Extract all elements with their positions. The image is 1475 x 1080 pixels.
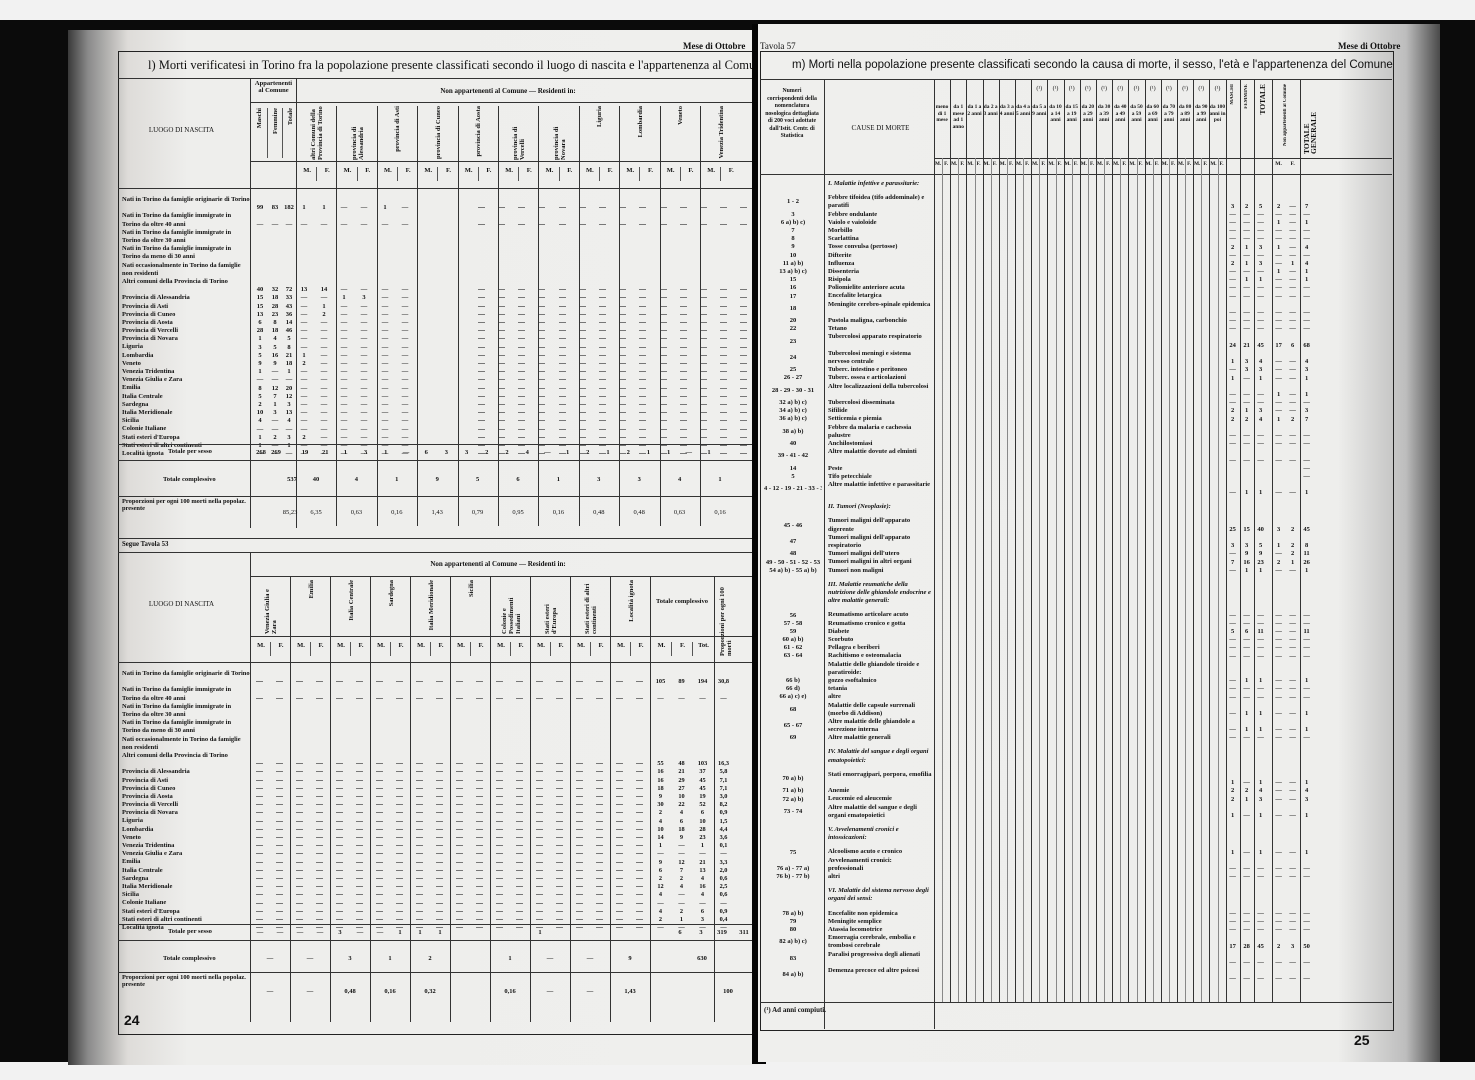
row-total-value: 3	[692, 916, 713, 924]
summary-value-gen: 1	[1300, 375, 1314, 383]
empty-cell-dash	[456, 796, 463, 797]
cell-value: 2	[297, 360, 311, 368]
empty-cell-dash	[416, 796, 423, 797]
empty-cell-dash	[720, 445, 727, 446]
summary-value-na_f	[1286, 473, 1300, 481]
bottom-row-label: Provincia di Cuneo	[122, 785, 250, 793]
empty-cell-dash	[639, 347, 646, 348]
empty-cell-dash	[396, 845, 403, 846]
empty-cell-dash	[579, 322, 586, 323]
proporzione-value: 0,79	[466, 509, 490, 517]
empty-cell-dash	[316, 845, 323, 846]
nomenclature-number: 7	[764, 227, 822, 235]
empty-cell-dash	[496, 837, 503, 838]
age-col-11: da 40 a 49 anni	[1112, 104, 1128, 144]
cell-value: —	[253, 376, 267, 384]
proporzione-value: 0,48	[627, 509, 651, 517]
empty-cell-dash	[639, 429, 646, 430]
empty-cell-dash	[556, 780, 563, 781]
summary-value-na_m: —	[1272, 309, 1286, 317]
summary-value-m: —	[1226, 227, 1240, 235]
empty-cell-dash	[376, 870, 383, 871]
empty-cell-dash	[476, 771, 483, 772]
summary-value-na_f: —	[1286, 276, 1300, 284]
cell-value: —	[398, 327, 412, 335]
cause-item: gozzo esoftalmico	[828, 677, 932, 685]
empty-cell-dash	[376, 886, 383, 887]
bottom-total-per-sesso-value: —	[270, 929, 290, 937]
summary-value-na_f: —	[1286, 293, 1300, 301]
summary-value-na_f	[1286, 465, 1300, 473]
empty-cell-dash	[296, 771, 303, 772]
summary-value-na_f: —	[1286, 325, 1300, 333]
nomenclature-number: 70 a) b)	[764, 775, 822, 783]
empty-cell-dash	[740, 289, 747, 290]
empty-cell-dash	[496, 796, 503, 797]
summary-value-na_m: —	[1272, 567, 1286, 575]
empty-cell-dash	[376, 771, 383, 772]
empty-cell-dash	[680, 306, 687, 307]
empty-cell-dash	[356, 886, 363, 887]
summary-value-m: 25	[1226, 526, 1240, 534]
summary-value-gen: 3	[1300, 407, 1314, 415]
empty-cell-dash	[576, 911, 583, 912]
summary-value-gen: 1	[1300, 812, 1314, 820]
row-total-value	[713, 727, 734, 735]
empty-cell-dash	[579, 371, 586, 372]
left-page-number: 24	[124, 1012, 140, 1028]
empty-cell-dash	[616, 919, 623, 920]
empty-cell-dash	[559, 437, 566, 438]
row-total-value: 194	[692, 678, 713, 686]
empty-cell-dash	[599, 289, 606, 290]
nomenclature-number: 59	[764, 628, 822, 636]
empty-cell-dash	[376, 878, 383, 879]
empty-cell-dash	[596, 771, 603, 772]
summary-value-m: —	[1226, 550, 1240, 558]
cause-item: Diabete	[828, 628, 932, 636]
summary-value-tot	[1254, 465, 1268, 473]
summary-value-na_f: —	[1286, 644, 1300, 652]
row-total-value: 0,9	[713, 908, 734, 916]
empty-cell-dash	[296, 788, 303, 789]
sex-col-label: M.	[538, 167, 559, 181]
cell-value: —	[297, 393, 311, 401]
cause-item: Difterite	[828, 252, 932, 260]
empty-cell-dash	[556, 894, 563, 895]
cell-value: —	[357, 319, 371, 327]
empty-cell-dash	[619, 338, 626, 339]
summary-value-tot: 4	[1254, 416, 1268, 424]
sex-col-label: M.	[1112, 161, 1120, 173]
empty-cell-dash	[356, 845, 363, 846]
empty-cell-dash	[740, 445, 747, 446]
col-maschi: Maschi	[252, 108, 266, 158]
empty-cell-dash	[518, 412, 525, 413]
empty-cell-dash	[596, 812, 603, 813]
empty-cell-dash	[376, 853, 383, 854]
empty-cell-dash	[396, 911, 403, 912]
cell-value: 13	[282, 409, 296, 417]
cause-item: Anemie	[828, 787, 932, 795]
cell-value: 32	[268, 286, 282, 294]
empty-cell-dash	[700, 322, 707, 323]
sex-col-label: F.	[1218, 161, 1226, 173]
summary-value-na_m: 2	[1272, 203, 1286, 211]
summary-value-gen: 11	[1300, 550, 1314, 558]
summary-value-na_f: —	[1286, 489, 1300, 497]
empty-cell-dash	[639, 396, 646, 397]
cell-value: —	[337, 434, 351, 442]
empty-cell-dash	[478, 396, 485, 397]
cause-item: Encefalite letargica	[828, 292, 932, 300]
empty-cell-dash	[456, 886, 463, 887]
summary-value-na_f: —	[1286, 399, 1300, 407]
row-total-value: 1	[692, 842, 713, 850]
empty-cell-dash	[496, 829, 503, 830]
cell-value	[317, 253, 331, 261]
empty-cell-dash	[556, 821, 563, 822]
row-total-value: 30,8	[713, 678, 734, 686]
nomenclature-number: 32 a) b) c)	[764, 399, 822, 407]
sex-col-label: F.	[437, 167, 458, 181]
empty-cell-dash	[496, 845, 503, 846]
empty-cell-dash	[559, 306, 566, 307]
row-total-value: —	[650, 850, 671, 858]
row-total-value: 10	[692, 818, 713, 826]
sex-col-label: F.	[510, 642, 531, 656]
empty-cell-dash	[636, 837, 643, 838]
empty-cell-dash	[276, 870, 283, 871]
cell-value: 18	[268, 327, 282, 335]
row-total-value: —	[692, 850, 713, 858]
summary-value-na_f: —	[1286, 653, 1300, 661]
empty-cell-dash	[356, 837, 363, 838]
empty-cell-dash	[700, 412, 707, 413]
summary-value-m: —	[1226, 653, 1240, 661]
empty-cell-dash	[256, 804, 263, 805]
bottom-row-label: Stati esteri di altri continenti	[122, 916, 250, 924]
empty-cell-dash	[296, 812, 303, 813]
bottom-row-label: Lombardia	[122, 826, 250, 834]
nomenclature-number: 80	[764, 926, 822, 934]
summary-value-na_f	[1286, 669, 1300, 677]
empty-cell-dash	[616, 681, 623, 682]
bottom-totale-complessivo-label: Totale complessivo	[163, 955, 216, 962]
bottom-total-per-sesso-value	[630, 929, 650, 937]
summary-value-na_f: —	[1286, 628, 1300, 636]
summary-value-gen: —	[1300, 440, 1314, 448]
age-footnote-marker: (¹)	[1080, 86, 1096, 94]
empty-cell-dash	[518, 371, 525, 372]
cause-item: Dissenteria	[828, 268, 932, 276]
cell-value	[317, 237, 331, 245]
top-row-label: Venezia Tridentina	[122, 368, 250, 376]
summary-col-4: TOTALE GENERALE	[1300, 84, 1320, 154]
empty-cell-dash	[556, 903, 563, 904]
summary-value-tot: 9	[1254, 550, 1268, 558]
cell-value: 13	[297, 286, 311, 294]
summary-value-na_m: —	[1272, 432, 1286, 440]
sex-col-label: M.	[1096, 161, 1104, 173]
empty-cell-dash	[296, 862, 303, 863]
summary-value-m: —	[1226, 918, 1240, 926]
nomenclature-number: 75	[764, 849, 822, 857]
empty-cell-dash	[700, 371, 707, 372]
empty-cell-dash	[296, 821, 303, 822]
empty-cell-dash	[396, 837, 403, 838]
empty-cell-dash	[436, 837, 443, 838]
empty-cell-dash	[396, 919, 403, 920]
summary-value-tot: 1	[1254, 849, 1268, 857]
cause-item: Tifo petecchiale	[828, 473, 932, 481]
empty-cell-dash	[680, 429, 687, 430]
empty-cell-dash	[396, 698, 403, 699]
empty-cell-dash	[476, 903, 483, 904]
empty-cell-dash	[356, 829, 363, 830]
empty-cell-dash	[518, 355, 525, 356]
cell-value: —	[297, 385, 311, 393]
summary-value-gen: —	[1300, 644, 1314, 652]
cell-value	[282, 270, 296, 278]
empty-cell-dash	[416, 911, 423, 912]
empty-cell-dash	[276, 796, 283, 797]
summary-value-f: 1	[1240, 407, 1254, 415]
row-total-value: 14	[650, 834, 671, 842]
empty-cell-dash	[619, 306, 626, 307]
empty-cell-dash	[296, 870, 303, 871]
empty-cell-dash	[376, 763, 383, 764]
nomenclature-number: 68	[764, 706, 822, 714]
summary-value-na_f: —	[1286, 358, 1300, 366]
summary-value-gen: 4	[1300, 260, 1314, 268]
age-footnote-marker: (¹)	[1145, 86, 1161, 94]
empty-cell-dash	[720, 429, 727, 430]
empty-cell-dash	[599, 388, 606, 389]
nomenclature-number: 5	[764, 473, 822, 481]
empty-cell-dash	[616, 698, 623, 699]
empty-cell-dash	[498, 347, 505, 348]
empty-cell-dash	[416, 812, 423, 813]
row-total-value: 3,0	[713, 793, 734, 801]
bottom-proporzione-value	[458, 988, 482, 996]
cell-value: 5	[253, 393, 267, 401]
empty-cell-dash	[518, 347, 525, 348]
empty-cell-dash	[559, 420, 566, 421]
empty-cell-dash	[660, 445, 667, 446]
bottom-row-label: Stati esteri d'Europa	[122, 908, 250, 916]
empty-cell-dash	[559, 207, 566, 208]
summary-value-na_m: —	[1272, 734, 1286, 742]
proporzione-value: 0,63	[668, 509, 692, 517]
sex-col-label: M.	[619, 167, 640, 181]
col-region-3: provincia di Cuneo	[417, 106, 458, 160]
summary-value-f: 1	[1240, 276, 1254, 284]
empty-cell-dash	[639, 437, 646, 438]
cause-section-title: VI. Malattie del sistema nervoso degli o…	[828, 887, 932, 903]
empty-cell-dash	[636, 821, 643, 822]
cell-value	[378, 253, 392, 261]
bottom-total-per-sesso-value	[550, 929, 570, 937]
summary-value-gen: 7	[1300, 416, 1314, 424]
empty-cell-dash	[576, 837, 583, 838]
summary-value-na_f: —	[1286, 203, 1300, 211]
summary-value-m: —	[1226, 432, 1240, 440]
empty-cell-dash	[416, 878, 423, 879]
summary-value-tot: 1	[1254, 677, 1268, 685]
cell-value: —	[378, 393, 392, 401]
empty-cell-dash	[576, 829, 583, 830]
cause-section-title: IV. Malattie del sangue e degli organi e…	[828, 748, 932, 764]
empty-cell-dash	[376, 812, 383, 813]
empty-cell-dash	[456, 821, 463, 822]
summary-value-na_m: 1	[1272, 268, 1286, 276]
summary-value-na_f: 2	[1286, 526, 1300, 534]
summary-value-na_m: —	[1272, 787, 1286, 795]
cell-value: —	[268, 221, 282, 229]
empty-cell-dash	[256, 894, 263, 895]
top-totale-complessivo-label: Totale complessivo	[163, 476, 216, 483]
col-totale: Totale	[282, 108, 297, 158]
summary-value-tot: —	[1254, 653, 1268, 661]
cell-value: 14	[317, 286, 331, 294]
cell-value: 7	[268, 393, 282, 401]
bottom-row-label: Provincia di Alessandria	[122, 768, 250, 776]
summary-value-m: —	[1226, 567, 1240, 575]
cell-value: —	[398, 385, 412, 393]
empty-cell-dash	[660, 404, 667, 405]
col-region-4: provincia di Aosta	[458, 106, 499, 160]
age-footnote-marker: (¹)	[1177, 86, 1193, 94]
total-per-sesso-value: 2	[579, 449, 597, 457]
empty-cell-dash	[436, 681, 443, 682]
row-total-value: 9	[650, 859, 671, 867]
empty-cell-dash	[538, 396, 545, 397]
bottom-total-complessivo-value: 630	[692, 955, 712, 963]
empty-cell-dash	[416, 821, 423, 822]
sex-col-label: M.	[934, 161, 942, 173]
empty-cell-dash	[456, 771, 463, 772]
empty-cell-dash	[700, 445, 707, 446]
cell-value: —	[337, 360, 351, 368]
cell-value: —	[317, 335, 331, 343]
summary-value-na_m: —	[1272, 489, 1286, 497]
empty-cell-dash	[356, 878, 363, 879]
empty-cell-dash	[498, 306, 505, 307]
empty-cell-dash	[316, 894, 323, 895]
empty-cell-dash	[416, 837, 423, 838]
empty-cell-dash	[296, 763, 303, 764]
summary-value-m: —	[1226, 694, 1240, 702]
empty-cell-dash	[276, 845, 283, 846]
summary-value-m: 1	[1226, 779, 1240, 787]
empty-cell-dash	[720, 420, 727, 421]
empty-cell-dash	[536, 911, 543, 912]
empty-cell-dash	[556, 911, 563, 912]
sex-col-label: F.	[430, 642, 451, 656]
summary-value-m: —	[1226, 399, 1240, 407]
bottom-col-region-0: Venezia Giulia e Zara	[250, 580, 291, 634]
empty-cell-dash	[336, 903, 343, 904]
sex-col-label: F.	[357, 167, 378, 181]
summary-value-m: —	[1226, 309, 1240, 317]
sex-col-label: F.	[350, 642, 371, 656]
empty-cell-dash	[478, 429, 485, 430]
cell-value: —	[297, 319, 311, 327]
summary-value-gen: 1	[1300, 268, 1314, 276]
cell-value: —	[297, 368, 311, 376]
sex-col-label: F.	[599, 167, 620, 181]
empty-cell-dash	[639, 297, 646, 298]
summary-value-f	[1240, 669, 1254, 677]
summary-value-gen: —	[1300, 865, 1314, 873]
cell-value: —	[378, 294, 392, 302]
proporzione-value: 85,23	[278, 509, 302, 517]
empty-cell-dash	[296, 837, 303, 838]
summary-value-na_m: 3	[1272, 526, 1286, 534]
total-complessivo-value: 3	[589, 476, 609, 484]
row-total-value: 45	[692, 785, 713, 793]
empty-cell-dash	[476, 804, 483, 805]
sex-col-label: F.	[720, 167, 741, 181]
summary-value-gen	[1300, 857, 1314, 865]
bottom-proporzione-value: —	[538, 988, 562, 996]
sex-col-label: F.	[1137, 161, 1145, 173]
summary-value-m: —	[1226, 710, 1240, 718]
cause-item: Reumatismo articolare acuto	[828, 611, 932, 619]
nomenclature-number: 63 - 64	[764, 652, 822, 660]
empty-cell-dash	[498, 297, 505, 298]
summary-value-tot: 1	[1254, 567, 1268, 575]
totale-sub-col: F.	[671, 642, 693, 656]
bottom-col-region-5: Sicilia	[450, 580, 491, 634]
bottom-row-label: Venezia Giulia e Zara	[122, 850, 250, 858]
cell-value: —	[378, 352, 392, 360]
empty-cell-dash	[356, 821, 363, 822]
empty-cell-dash	[639, 314, 646, 315]
empty-cell-dash	[256, 911, 263, 912]
cell-value: —	[398, 294, 412, 302]
empty-cell-dash	[396, 829, 403, 830]
empty-cell-dash	[639, 363, 646, 364]
empty-cell-dash	[276, 780, 283, 781]
bottom-row-header-luogo: LUOGO DI NASCITA	[124, 600, 239, 608]
empty-cell-dash	[496, 870, 503, 871]
empty-cell-dash	[276, 894, 283, 895]
summary-value-na_m: —	[1272, 710, 1286, 718]
sex-col-label: M.	[1047, 161, 1055, 173]
empty-cell-dash	[256, 681, 263, 682]
empty-cell-dash	[559, 371, 566, 372]
empty-cell-dash	[720, 289, 727, 290]
empty-cell-dash	[740, 379, 747, 380]
empty-cell-dash	[476, 878, 483, 879]
empty-cell-dash	[596, 837, 603, 838]
empty-cell-dash	[616, 903, 623, 904]
cell-value: —	[317, 393, 331, 401]
summary-value-m	[1226, 465, 1240, 473]
total-complessivo-value: 9	[427, 476, 447, 484]
empty-cell-dash	[680, 371, 687, 372]
sex-col-label: M.	[1161, 161, 1169, 173]
cause-item: Altre malattie delle ghiandole a secrezi…	[828, 718, 932, 734]
summary-value-m	[1226, 857, 1240, 865]
summary-value-na_m: 1	[1272, 391, 1286, 399]
row-total-value: 6	[692, 908, 713, 916]
summary-value-na_m: —	[1272, 227, 1286, 235]
empty-cell-dash	[599, 306, 606, 307]
cause-item: Morbillo	[828, 227, 932, 235]
